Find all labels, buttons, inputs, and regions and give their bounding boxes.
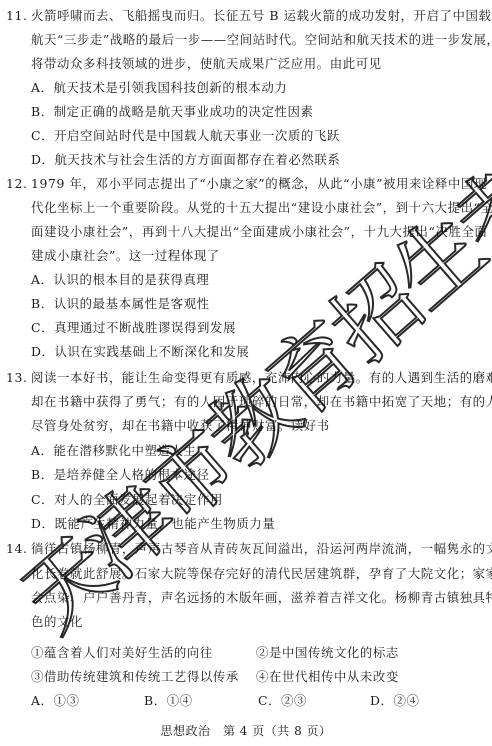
option-d: D．航天技术与社会生活的方方面面都存在着必然联系 [31,152,340,168]
option-c: C．开启空间站时代是中国载人航天事业一次质的飞跃 [31,128,340,144]
statement-2: ②是中国传统文化的标志 [256,645,399,661]
question-stem-line: 色的文化 [31,614,83,630]
option-c: C．对人的全面发展起着决定作用 [31,492,223,508]
question-stem-line: 化长卷就此舒展。石家大院等保存完好的清代民居建筑群，孕育了大院文化；家家 [31,566,492,582]
question-number: 11. [6,8,28,24]
question-stem-line: 1979 年，邓小平同志提出了“小康之家”的概念，从此“小康”被用来诠释中国现 [31,176,487,192]
option-c: C．真理通过不断战胜谬误得到发展 [31,320,236,336]
page-footer: 思想政治 第 4 页（共 8 页） [0,722,492,739]
question-stem-line: 阅读一本好书，能让生命变得更有质感，充沛内心的力量。有的人遇到生活的磨难， [31,370,492,386]
question-number: 12. [6,176,28,192]
option-a: A．认识的根本目的是获得真理 [31,272,209,288]
option-b: B．认识的最基本属性是客观性 [31,296,210,312]
question-stem-line: 火箭呼啸而去、飞船摇曳而归。长征五号 B 运载火箭的成功发射，开启了中国载人 [31,8,492,24]
option-a: A．①③ [31,693,80,709]
question-stem-line: 航天“三步走”战略的最后一步——空间站时代。空间站和航天技术的进一步发展， [31,32,492,48]
option-b: B．是培养健全人格的根本途径 [31,467,210,483]
statement-4: ④在世代相传中从未改变 [256,669,399,685]
option-c: C．②③ [258,693,307,709]
question-stem-line: 建成小康社会”。这一过程体现了 [31,248,220,264]
question-number: 14. [6,541,28,557]
option-d: D．既能产生精神力量，也能产生物质力量 [31,516,275,532]
question-stem-line: 徜徉古镇杨柳青，声声古琴音从青砖灰瓦间溢出，沿运河两岸流淌，一幅隽永的文 [31,541,492,557]
question-stem-line: 尽管身处贫穷，却在书籍中收获了精神财富。读好书 [31,418,330,434]
option-b: B．①④ [144,693,193,709]
option-a: A．航天技术是引领我国科技创新的根本动力 [31,80,287,96]
option-d: D．②④ [370,693,420,709]
question-number: 13. [6,370,28,386]
question-stem-line: 代化坐标上一个重要阶段。从党的十五大提出“建设小康社会”，到十六大提出“全 [31,200,492,216]
statement-3: ③借助传统建筑和传统工艺得以传承 [31,669,239,685]
option-d: D．认识在实践基础上不断深化和发展 [31,344,249,360]
option-a: A．能在潜移默化中塑造人生 [31,443,196,459]
question-stem-line: 面建设小康社会”，再到十八大提出“全面建成小康社会”，十九大提出“决胜全面 [31,224,487,240]
question-stem-line: 将带动众多科技领域的进步，使航天成果广泛应用。由此可见 [31,56,382,72]
statement-1: ①蕴含着人们对美好生活的向往 [31,645,213,661]
option-b: B．制定正确的战略是航天事业成功的决定性因素 [31,104,314,120]
question-stem-line: 却在书籍中获得了勇气；有的人困于琐碎的日常，却在书籍中拓宽了天地；有的人 [31,394,492,410]
question-stem-line: 会点染、户户善丹青，声名远扬的木版年画，滋养着吉祥文化。杨柳青古镇独具特 [31,590,492,606]
